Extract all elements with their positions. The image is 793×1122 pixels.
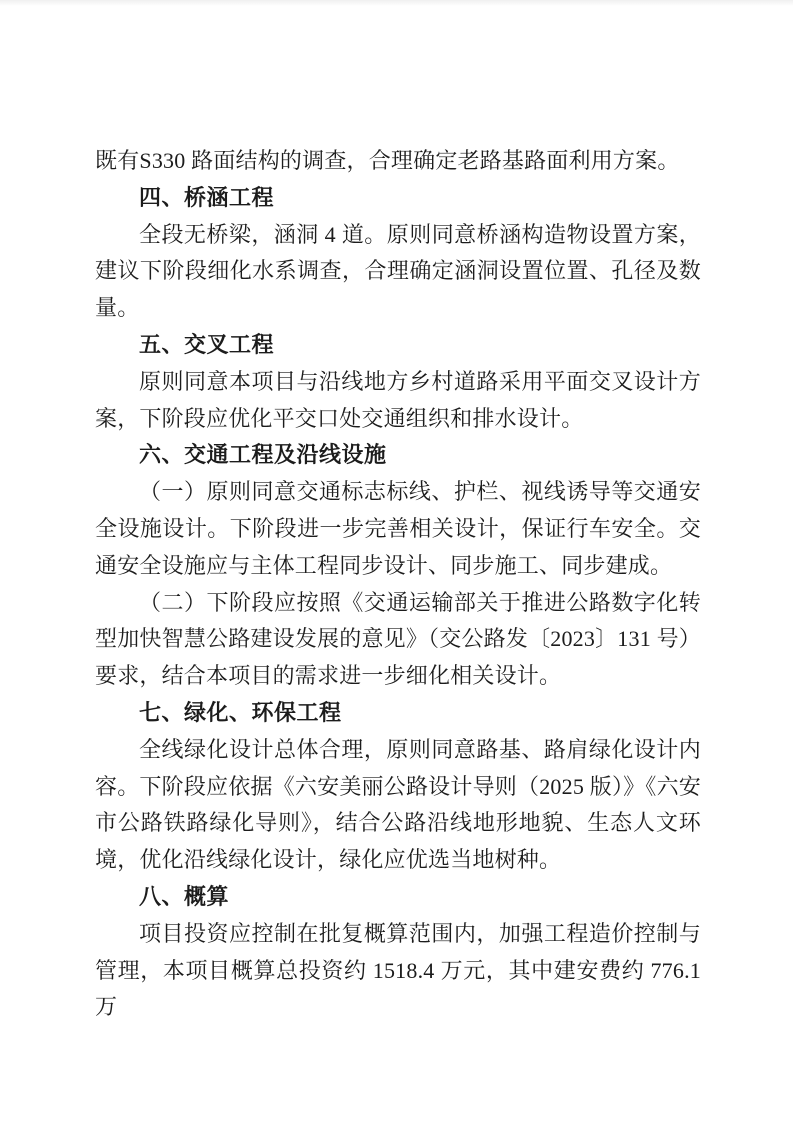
body-paragraph: 全线绿化设计总体合理，原则同意路基、路肩绿化设计内容。下阶段应依据《六安美丽公路…	[95, 732, 701, 879]
section-heading: 六、交通工程及沿线设施	[95, 437, 701, 474]
body-paragraph: 原则同意本项目与沿线地方乡村道路采用平面交叉设计方案，下阶段应优化平交口处交通组…	[95, 364, 701, 438]
body-paragraph: 既有S330 路面结构的调查，合理确定老路基路面利用方案。	[95, 143, 701, 180]
body-paragraph: （二）下阶段应按照《交通运输部关于推进公路数字化转型加快智慧公路建设发展的意见》…	[95, 585, 701, 695]
page-top-shadow	[0, 0, 793, 6]
section-heading: 八、概算	[95, 879, 701, 916]
document-page: 既有S330 路面结构的调查，合理确定老路基路面利用方案。四、桥涵工程全段无桥梁…	[0, 0, 793, 1122]
section-heading: 五、交叉工程	[95, 327, 701, 364]
section-heading: 四、桥涵工程	[95, 180, 701, 217]
body-paragraph: 项目投资应控制在批复概算范围内，加强工程造价控制与管理，本项目概算总投资约 15…	[95, 916, 701, 1026]
document-body: 既有S330 路面结构的调查，合理确定老路基路面利用方案。四、桥涵工程全段无桥梁…	[95, 143, 701, 1026]
body-paragraph: 全段无桥梁，涵洞 4 道。原则同意桥涵构造物设置方案，建议下阶段细化水系调查，合…	[95, 217, 701, 327]
body-paragraph: （一）原则同意交通标志标线、护栏、视线诱导等交通安全设施设计。下阶段进一步完善相…	[95, 474, 701, 584]
section-heading: 七、绿化、环保工程	[95, 695, 701, 732]
